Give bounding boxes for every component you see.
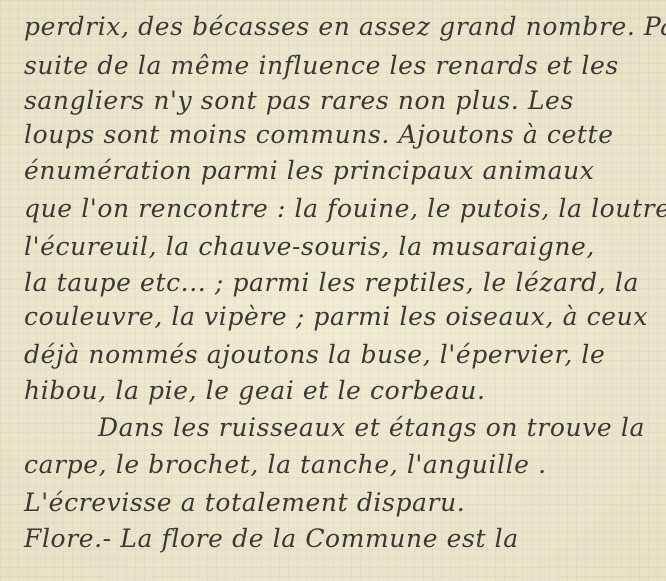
text-line: carpe, le brochet, la tanche, l'anguille…	[24, 452, 547, 477]
text-line: l'écureuil, la chauve-souris, la musarai…	[24, 234, 595, 259]
text-line: couleuvre, la vipère ; parmi les oiseaux…	[24, 304, 648, 329]
text-line: énumération parmi les principaux animaux	[24, 158, 594, 183]
text-line: perdrix, des bécasses en assez grand nom…	[24, 14, 666, 39]
text-line: loups sont moins communs. Ajoutons à cet…	[24, 122, 614, 147]
text-line: déjà nommés ajoutons la buse, l'épervier…	[24, 342, 605, 367]
text-line: hibou, la pie, le geai et le corbeau.	[24, 378, 486, 403]
text-line: L'écrevisse a totalement disparu.	[24, 490, 465, 515]
paragraph-start-line: Dans les ruisseaux et étangs on trouve l…	[98, 415, 645, 440]
section-heading-line: Flore.- La flore de la Commune est la	[24, 526, 519, 551]
text-line: la taupe etc... ; parmi les reptiles, le…	[24, 270, 639, 295]
text-line: que l'on rencontre : la fouine, le putoi…	[24, 196, 666, 221]
handwritten-page: perdrix, des bécasses en assez grand nom…	[0, 0, 666, 581]
text-line: suite de la même influence les renards e…	[24, 53, 619, 78]
text-line: sangliers n'y sont pas rares non plus. L…	[24, 88, 574, 113]
